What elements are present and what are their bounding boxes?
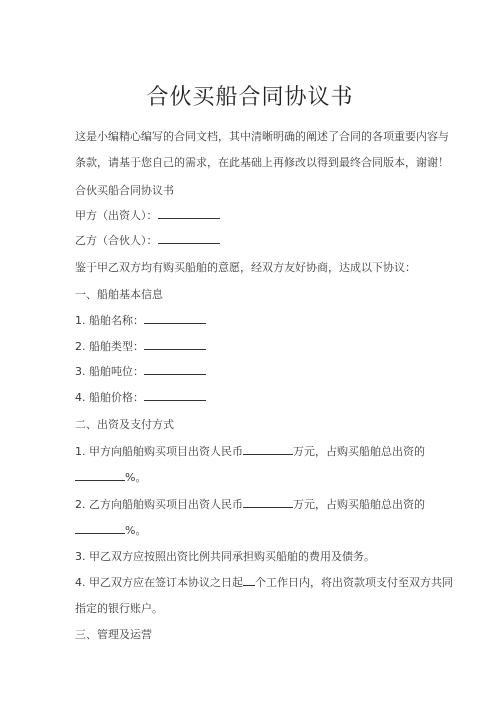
clause-2-4-cont: 指定的银行账户。 bbox=[75, 601, 435, 617]
ship-price-label: 4. 船舶价格： bbox=[75, 391, 144, 404]
workdays-blank bbox=[243, 575, 255, 586]
intro-line-1: 这是小编精心编写的合同文档，其中清晰明确的阐述了合同的各项重要内容与 bbox=[75, 129, 435, 145]
ship-tonnage-label: 3. 船舶吨位： bbox=[75, 365, 144, 378]
ship-name-blank bbox=[144, 313, 206, 324]
party-b-label: 乙方（合伙人）： bbox=[75, 234, 158, 247]
subtitle: 合伙买船合同协议书 bbox=[75, 183, 435, 199]
clause-2-1-cont: %。 bbox=[75, 470, 435, 486]
section-1-heading: 一、船舶基本信息 bbox=[75, 287, 435, 303]
preamble: 鉴于甲乙双方均有购买船舶的意愿，经双方友好协商，达成以下协议： bbox=[75, 260, 435, 276]
ship-type-field: 2. 船舶类型： bbox=[75, 339, 435, 355]
ship-tonnage-blank bbox=[144, 364, 206, 375]
party-b-field: 乙方（合伙人）： bbox=[75, 233, 435, 249]
ship-name-label: 1. 船舶名称： bbox=[75, 314, 144, 327]
ship-price-blank bbox=[144, 390, 206, 401]
clause-2-4-prefix: 4. 甲乙双方应在签订本协议之日起 bbox=[75, 576, 243, 589]
section-3-heading: 三、管理及运营 bbox=[75, 627, 435, 643]
party-a-percent-blank bbox=[75, 470, 125, 481]
clause-2-2-middle: 万元，占购买船舶总出资的 bbox=[293, 498, 425, 511]
party-a-blank bbox=[158, 208, 220, 219]
clause-2-3: 3. 甲乙双方应按照出资比例共同承担购买船舶的费用及债务。 bbox=[75, 549, 435, 565]
clause-2-1: 1. 甲方向船舶购买项目出资人民币万元，占购买船舶总出资的 bbox=[75, 444, 435, 460]
party-a-field: 甲方（出资人）： bbox=[75, 208, 435, 224]
clause-2-1-middle: 万元，占购买船舶总出资的 bbox=[293, 445, 425, 458]
clause-2-1-suffix: %。 bbox=[125, 471, 146, 484]
party-a-label: 甲方（出资人）： bbox=[75, 209, 158, 222]
ship-tonnage-field: 3. 船舶吨位： bbox=[75, 364, 435, 380]
ship-name-field: 1. 船舶名称： bbox=[75, 313, 435, 329]
ship-type-blank bbox=[144, 339, 206, 350]
clause-2-4-middle: 个工作日内，将出资款项支付至双方共同 bbox=[255, 576, 453, 589]
ship-type-label: 2. 船舶类型： bbox=[75, 340, 144, 353]
clause-2-2-suffix: %。 bbox=[125, 524, 146, 537]
clause-2-1-prefix: 1. 甲方向船舶购买项目出资人民币 bbox=[75, 445, 243, 458]
clause-2-2-cont: %。 bbox=[75, 523, 435, 539]
intro-line-2: 条款，请基于您自己的需求，在此基础上再修改以得到最终合同版本，谢谢！ bbox=[75, 155, 435, 171]
document-page: 合伙买船合同协议书 这是小编精心编写的合同文档，其中清晰明确的阐述了合同的各项重… bbox=[0, 0, 500, 707]
section-2-heading: 二、出资及支付方式 bbox=[75, 417, 435, 433]
document-title: 合伙买船合同协议书 bbox=[0, 84, 500, 112]
ship-price-field: 4. 船舶价格： bbox=[75, 390, 435, 406]
party-b-amount-blank bbox=[243, 497, 293, 508]
party-b-percent-blank bbox=[75, 523, 125, 534]
clause-2-2-prefix: 2. 乙方向船舶购买项目出资人民币 bbox=[75, 498, 243, 511]
party-a-amount-blank bbox=[243, 444, 293, 455]
clause-2-2: 2. 乙方向船舶购买项目出资人民币万元，占购买船舶总出资的 bbox=[75, 497, 435, 513]
party-b-blank bbox=[158, 233, 220, 244]
clause-2-4: 4. 甲乙双方应在签订本协议之日起个工作日内，将出资款项支付至双方共同 bbox=[75, 575, 435, 591]
